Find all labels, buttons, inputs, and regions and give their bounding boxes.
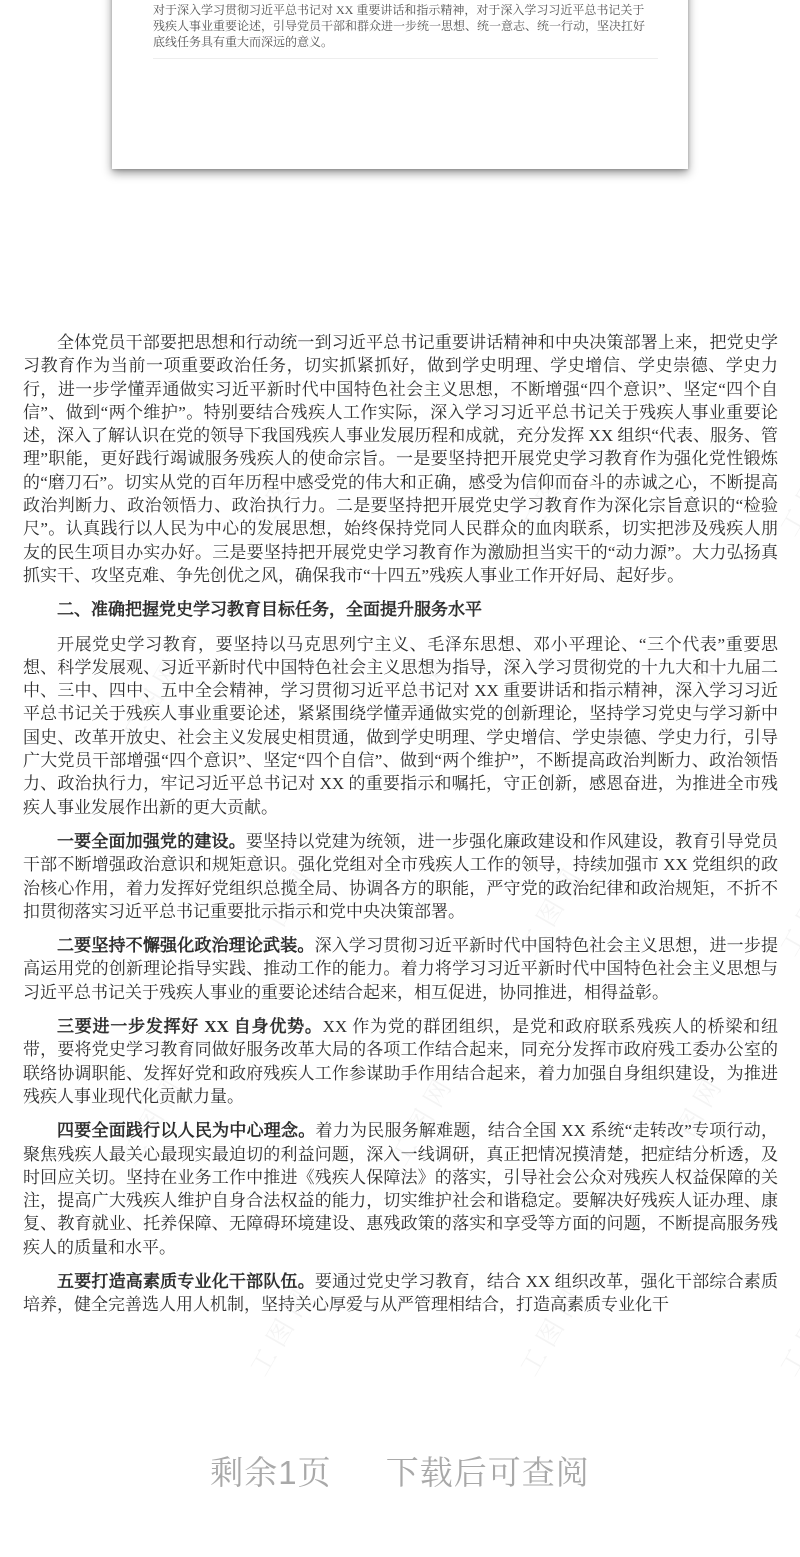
page1-text-block: 对于深入学习贯彻习近平总书记对 XX 重要讲话和指示精神，对于深入学习习近平总书… xyxy=(112,0,688,59)
paragraph-lead: 二要坚持不懈强化政治理论武装。 xyxy=(57,936,315,955)
doc-paragraph: 开展党史学习教育，要坚持以马克思列宁主义、毛泽东思想、邓小平理论、“三个代表”重… xyxy=(23,633,778,819)
page1-preview-card[interactable]: 对于深入学习贯彻习近平总书记对 XX 重要讲话和指示精神，对于深入学习习近平总书… xyxy=(112,0,688,169)
page1-section-divider xyxy=(153,58,658,59)
download-hint[interactable]: 下载后可查阅 xyxy=(386,1454,590,1491)
page1-line: 对于深入学习贯彻习近平总书记对 XX 重要讲话和指示精神，对于深入学习习近平总书… xyxy=(153,2,658,18)
remaining-pages-label: 剩余1页 xyxy=(210,1454,331,1491)
paragraph-lead: 一要全面加强党的建设。 xyxy=(57,832,246,851)
page1-line: 底线任务具有重大而深远的意义。 xyxy=(153,34,658,50)
doc-heading: 二、准确把握党史学习教育目标任务，全面提升服务水平 xyxy=(23,598,778,621)
paragraph-lead: 三要进一步发挥好 XX 自身优势。 xyxy=(57,1017,323,1036)
paragraph-lead: 四要全面践行以人民为中心理念。 xyxy=(57,1121,316,1140)
doc-paragraph: 二要坚持不懈强化政治理论武装。深入学习贯彻习近平新时代中国特色社会主义思想，进一… xyxy=(23,934,778,1004)
doc-paragraph: 一要全面加强党的建设。要坚持以党建为统领，进一步强化廉政建设和作风建设，教育引导… xyxy=(23,830,778,923)
paragraph-lead: 五要打造高素质专业化干部队伍。 xyxy=(57,1272,315,1291)
page1-line: 残疾人事业重要论述，引导党员干部和群众进一步统一思想、统一意志、统一行动，坚决扛… xyxy=(153,18,658,34)
doc-paragraph: 五要打造高素质专业化干部队伍。要通过党史学习教育，结合 XX 组织改革，强化干部… xyxy=(23,1270,778,1317)
document-body-text: 全体党员干部要把思想和行动统一到习近平总书记重要讲话精神和中央决策部署上来，把党… xyxy=(23,331,778,1317)
pagination-footer: 剩余1页 下载后可查阅 xyxy=(0,1452,800,1494)
document-preview-page: 对于深入学习贯彻习近平总书记对 XX 重要讲话和指示精神，对于深入学习习近平总书… xyxy=(0,0,800,1557)
doc-paragraph: 全体党员干部要把思想和行动统一到习近平总书记重要讲话精神和中央决策部署上来，把党… xyxy=(23,331,778,587)
doc-paragraph: 四要全面践行以人民为中心理念。着力为民服务解难题，结合全国 XX 系统“走转改”… xyxy=(23,1119,778,1259)
doc-paragraph: 三要进一步发挥好 XX 自身优势。XX 作为党的群团组织，是党和政府联系残疾人的… xyxy=(23,1015,778,1108)
